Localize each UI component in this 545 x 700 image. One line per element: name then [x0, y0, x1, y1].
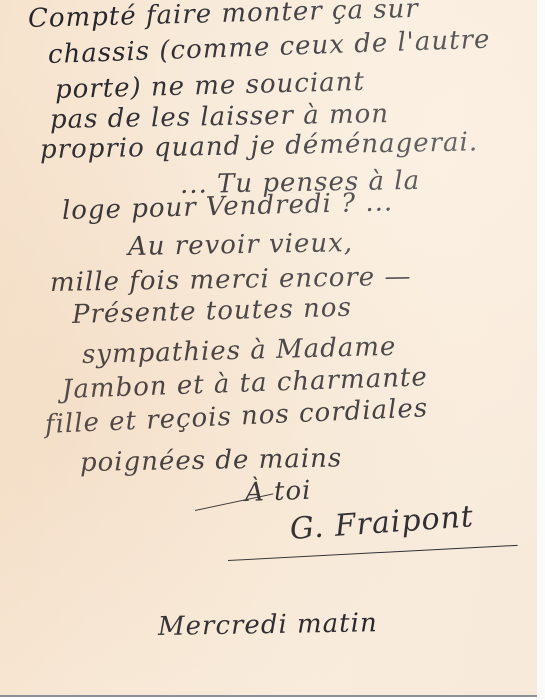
- letter-line: Au revoir vieux,: [128, 228, 354, 262]
- dateline: Mercredi matin: [158, 608, 378, 642]
- letter-line: proprio quand je déménagerai.: [40, 127, 479, 165]
- letter-line: porte) ne me souciant: [55, 67, 366, 105]
- letter-line: Présente toutes nos: [72, 293, 353, 330]
- letter-line: mille fois merci encore —: [50, 262, 412, 298]
- letter-page: Compté faire monter ça sur chassis (comm…: [0, 0, 537, 697]
- letter-line: loge pour Vendredi ? ...: [62, 187, 394, 226]
- closing-text: À toi: [244, 476, 311, 508]
- signature-underline: [228, 545, 518, 561]
- scan-margin: [537, 0, 545, 700]
- letter-line: poignées de mains: [80, 443, 343, 478]
- signature: G. Fraipont: [289, 499, 475, 547]
